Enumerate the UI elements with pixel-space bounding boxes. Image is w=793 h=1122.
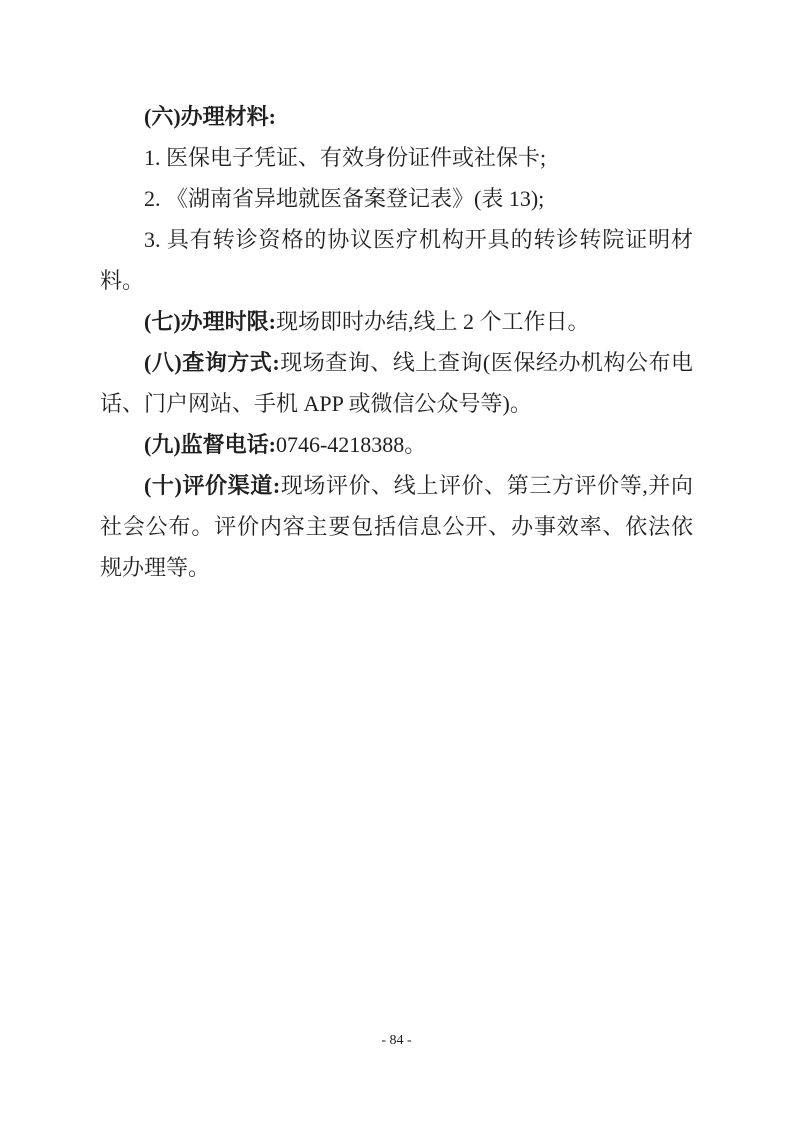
paragraph-item-2: 2. 《湖南省异地就医备案登记表》(表 13); <box>100 178 693 219</box>
section-heading: (九)监督电话: <box>144 432 276 457</box>
page-number: - 84 - <box>0 1032 793 1050</box>
section-heading: (六)办理材料: <box>144 104 276 129</box>
paragraph-section-9: (九)监督电话:0746-4218388。 <box>100 424 693 465</box>
paragraph-item-1: 1. 医保电子凭证、有效身份证件或社保卡; <box>100 137 693 178</box>
paragraph-section-7: (七)办理时限:现场即时办结,线上 2 个工作日。 <box>100 301 693 342</box>
paragraph-text: 0746-4218388。 <box>276 432 426 457</box>
paragraph-section-10: (十)评价渠道:现场评价、线上评价、第三方评价等,并向社会公布。评价内容主要包括… <box>100 465 693 588</box>
paragraph-section-8: (八)查询方式:现场查询、线上查询(医保经办机构公布电话、门户网站、手机 APP… <box>100 342 693 424</box>
paragraph-text: 1. 医保电子凭证、有效身份证件或社保卡; <box>144 145 546 170</box>
section-heading: (八)查询方式: <box>144 350 280 375</box>
paragraph-text: 2. 《湖南省异地就医备案登记表》(表 13); <box>144 186 544 211</box>
section-heading: (七)办理时限: <box>144 309 276 334</box>
paragraph-text: 3. 具有转诊资格的协议医疗机构开具的转诊转院证明材料。 <box>100 227 693 293</box>
paragraph-item-3: 3. 具有转诊资格的协议医疗机构开具的转诊转院证明材料。 <box>100 219 693 301</box>
section-heading: (十)评价渠道: <box>144 473 280 498</box>
document-page: (六)办理材料: 1. 医保电子凭证、有效身份证件或社保卡; 2. 《湖南省异地… <box>0 0 793 1122</box>
paragraph-section-6: (六)办理材料: <box>100 96 693 137</box>
paragraph-text: 现场即时办结,线上 2 个工作日。 <box>276 309 590 334</box>
document-body: (六)办理材料: 1. 医保电子凭证、有效身份证件或社保卡; 2. 《湖南省异地… <box>100 96 693 588</box>
